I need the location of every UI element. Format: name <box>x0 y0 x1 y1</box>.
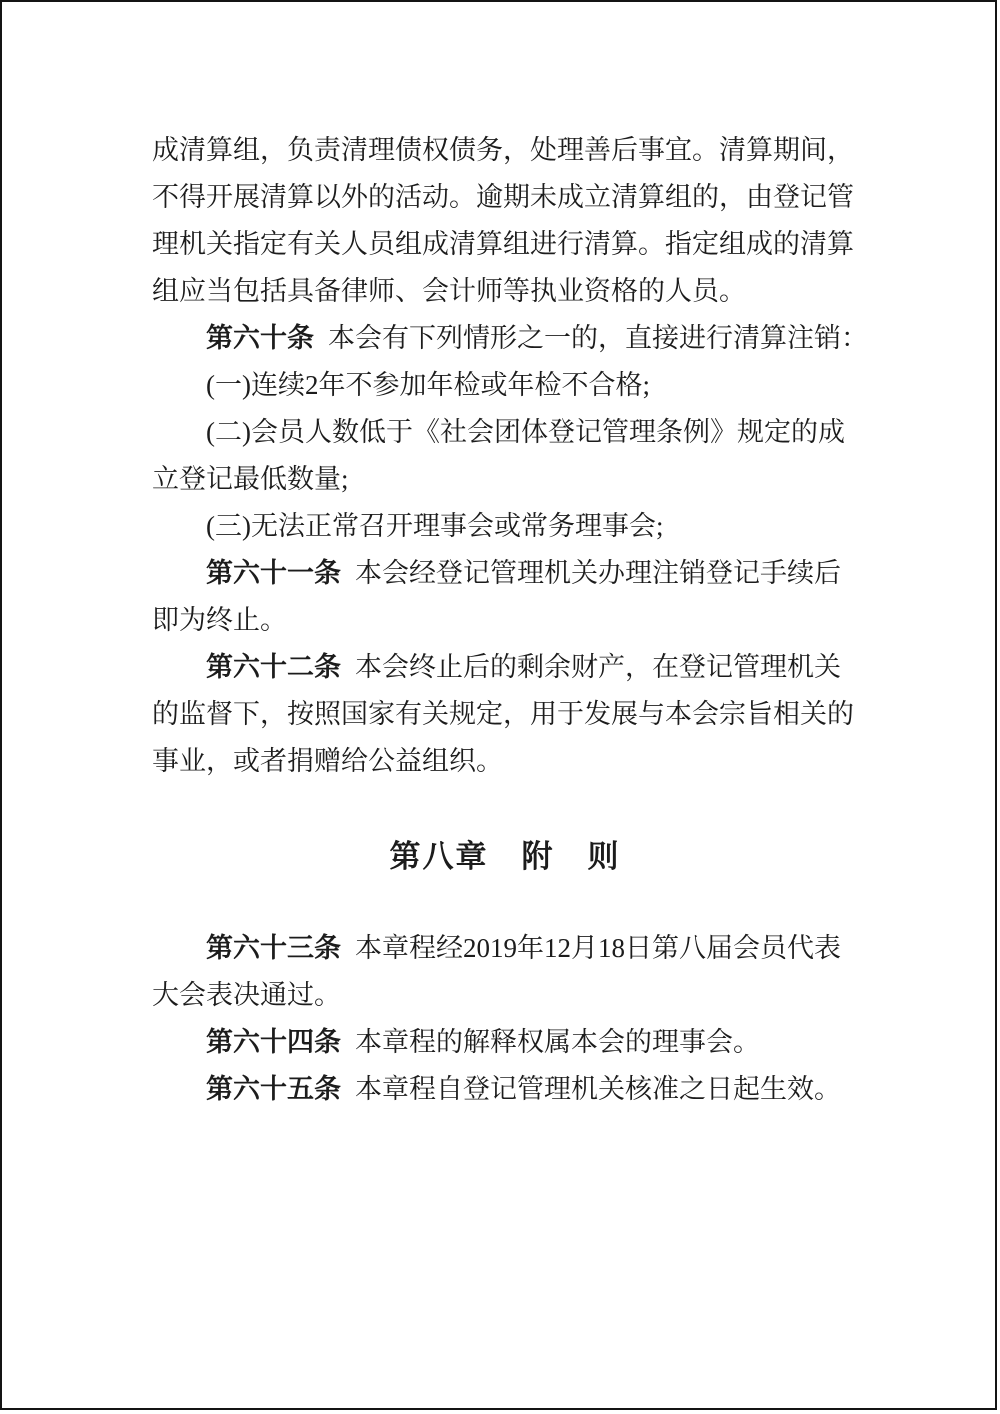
article-number: 第六十三条 <box>206 933 341 963</box>
text-line: 理机关指定有关人员组成清算组进行清算。指定组成的清算 <box>152 221 858 268</box>
text-line: 成清算组，负责清理债权债务，处理善后事宜。清算期间， <box>152 127 858 174</box>
text-line: (三)无法正常召开理事会或常务理事会; <box>152 503 858 550</box>
line-text: 的监督下，按照国家有关规定，用于发展与本会宗旨相关的 <box>152 699 854 729</box>
line-text: 即为终止。 <box>152 605 287 635</box>
article-number: 第六十条 <box>206 323 314 353</box>
line-text: 组应当包括具备律师、会计师等执业资格的人员。 <box>152 276 746 306</box>
line-text: 事业，或者捐赠给公益组织。 <box>152 746 503 776</box>
document-body: 成清算组，负责清理债权债务，处理善后事宜。清算期间， 不得开展清算以外的活动。逾… <box>152 127 858 1113</box>
text-line: 第六十三条本章程经2019年12月18日第八届会员代表 <box>152 925 858 972</box>
text-line: 第六十一条本会经登记管理机关办理注销登记手续后 <box>152 550 858 597</box>
line-text: 理机关指定有关人员组成清算组进行清算。指定组成的清算 <box>152 229 854 259</box>
closing-articles: 第六十三条本章程经2019年12月18日第八届会员代表 大会表决通过。 第六十四… <box>152 925 858 1113</box>
text-line: 第六十五条本章程自登记管理机关核准之日起生效。 <box>152 1066 858 1113</box>
line-text: 本会经登记管理机关办理注销登记手续后 <box>355 558 841 588</box>
text-line: 第六十四条本章程的解释权属本会的理事会。 <box>152 1019 858 1066</box>
line-text: (一)连续2年不参加年检或年检不合格; <box>206 370 650 400</box>
text-line: 第六十二条本会终止后的剩余财产，在登记管理机关 <box>152 644 858 691</box>
line-text: (二)会员人数低于《社会团体登记管理条例》规定的成 <box>206 417 845 447</box>
article-number: 第六十四条 <box>206 1027 341 1057</box>
line-text: (三)无法正常召开理事会或常务理事会; <box>206 511 663 541</box>
text-line: 的监督下，按照国家有关规定，用于发展与本会宗旨相关的 <box>152 691 858 738</box>
article-number: 第六十二条 <box>206 652 341 682</box>
chapter-heading: 第八章 附 则 <box>152 833 858 880</box>
text-line: 第六十条本会有下列情形之一的，直接进行清算注销： <box>152 315 858 362</box>
line-text: 成清算组，负责清理债权债务，处理善后事宜。清算期间， <box>152 135 854 165</box>
line-text: 不得开展清算以外的活动。逾期未成立清算组的，由登记管 <box>152 182 854 212</box>
line-text: 立登记最低数量; <box>152 464 349 494</box>
article-number: 第六十一条 <box>206 558 341 588</box>
line-text: 本章程经2019年12月18日第八届会员代表 <box>355 933 841 963</box>
text-line: (二)会员人数低于《社会团体登记管理条例》规定的成 <box>152 409 858 456</box>
line-text: 本章程自登记管理机关核准之日起生效。 <box>355 1074 841 1104</box>
text-line: (一)连续2年不参加年检或年检不合格; <box>152 362 858 409</box>
line-text: 本会终止后的剩余财产，在登记管理机关 <box>355 652 841 682</box>
line-text: 大会表决通过。 <box>152 980 341 1010</box>
text-line: 立登记最低数量; <box>152 456 858 503</box>
line-text: 本章程的解释权属本会的理事会。 <box>355 1027 760 1057</box>
line-text: 本会有下列情形之一的，直接进行清算注销： <box>328 323 868 353</box>
text-line: 事业，或者捐赠给公益组织。 <box>152 738 858 785</box>
text-line: 即为终止。 <box>152 597 858 644</box>
text-line: 大会表决通过。 <box>152 972 858 1019</box>
text-line: 不得开展清算以外的活动。逾期未成立清算组的，由登记管 <box>152 174 858 221</box>
article-number: 第六十五条 <box>206 1074 341 1104</box>
document-page: 成清算组，负责清理债权债务，处理善后事宜。清算期间， 不得开展清算以外的活动。逾… <box>0 0 1000 1414</box>
text-line: 组应当包括具备律师、会计师等执业资格的人员。 <box>152 268 858 315</box>
